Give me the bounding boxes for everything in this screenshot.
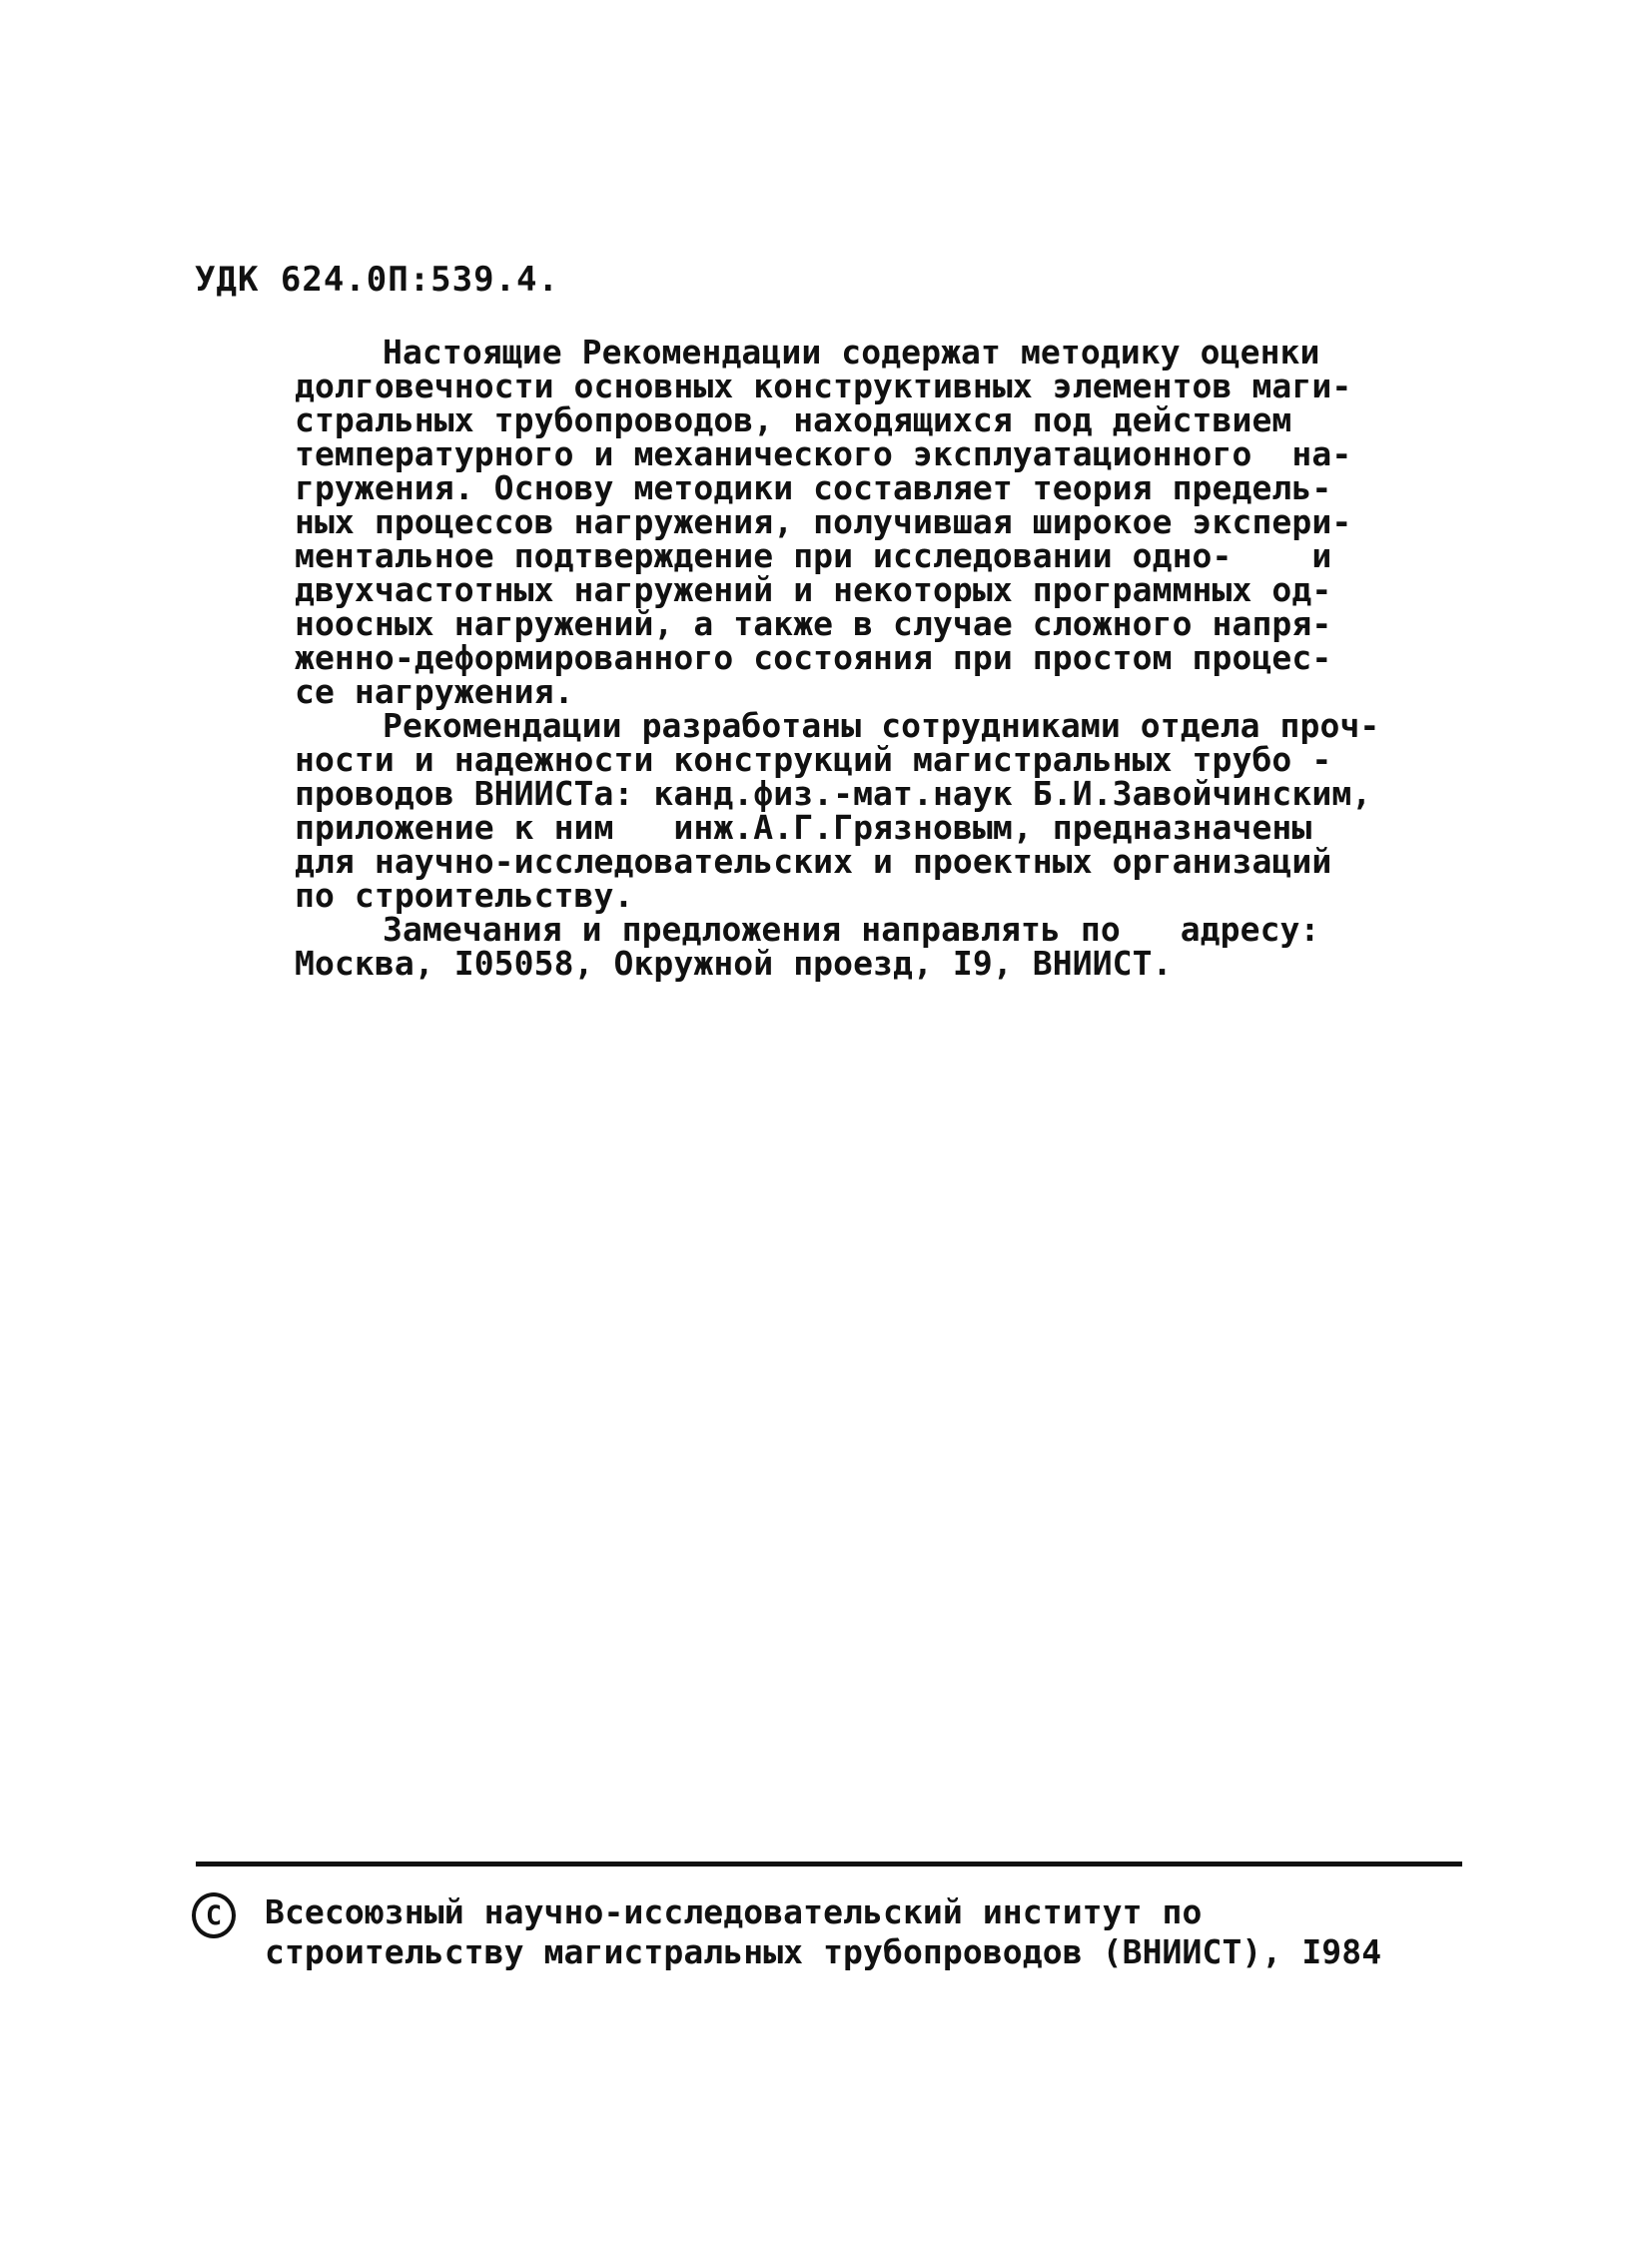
- authors-line: ности и надежности конструкций магистрал…: [295, 743, 1413, 777]
- authors-line: проводов ВНИИСТа: канд.физ.-мат.наук Б.И…: [295, 777, 1413, 811]
- address-line: Замечания и предложения направлять по ад…: [295, 913, 1413, 947]
- authors-line: приложение к ним инж.А.Г.Грязновым, пред…: [295, 811, 1413, 845]
- abstract-line: ноосных нагружений, а также в случае сло…: [295, 607, 1413, 641]
- horizontal-rule: [196, 1862, 1462, 1867]
- authors-line: Рекомендации разработаны сотрудниками от…: [295, 709, 1413, 743]
- authors-line: по строительству.: [295, 879, 1413, 913]
- abstract-line: стральных трубопроводов, находящихся под…: [295, 403, 1413, 437]
- abstract-line: се нагружения.: [295, 675, 1413, 709]
- scanned-document-page: УДК 624.0П:539.4. Настоящие Рекомендации…: [0, 0, 1652, 2242]
- address-line: Москва, I05058, Окружной проезд, I9, ВНИ…: [295, 947, 1413, 981]
- abstract-text-block: Настоящие Рекомендации содержат методику…: [295, 336, 1413, 981]
- abstract-line: женно-деформированного состояния при про…: [295, 641, 1413, 675]
- abstract-line: Настоящие Рекомендации содержат методику…: [295, 336, 1413, 370]
- abstract-line: гружения. Основу методики составляет тео…: [295, 471, 1413, 505]
- abstract-line: ных процессов нагружения, получившая шир…: [295, 505, 1413, 539]
- abstract-line: долговечности основных конструктивных эл…: [295, 370, 1413, 403]
- abstract-line: ментальное подтверждение при исследовани…: [295, 539, 1413, 573]
- udk-classification-code: УДК 624.0П:539.4.: [195, 260, 559, 300]
- copyright-text: Всесоюзный научно-исследовательский инст…: [265, 1890, 1381, 1972]
- copyright-line: Всесоюзный научно-исследовательский инст…: [265, 1892, 1381, 1932]
- copyright-icon: С: [192, 1892, 236, 1938]
- copyright-block: С Всесоюзный научно-исследовательский ин…: [192, 1890, 1381, 1972]
- abstract-line: двухчастотных нагружений и некоторых про…: [295, 573, 1413, 607]
- abstract-line: температурного и механического эксплуата…: [295, 437, 1413, 471]
- copyright-line: строительству магистральных трубопроводо…: [265, 1932, 1381, 1972]
- authors-line: для научно-исследовательских и проектных…: [295, 845, 1413, 879]
